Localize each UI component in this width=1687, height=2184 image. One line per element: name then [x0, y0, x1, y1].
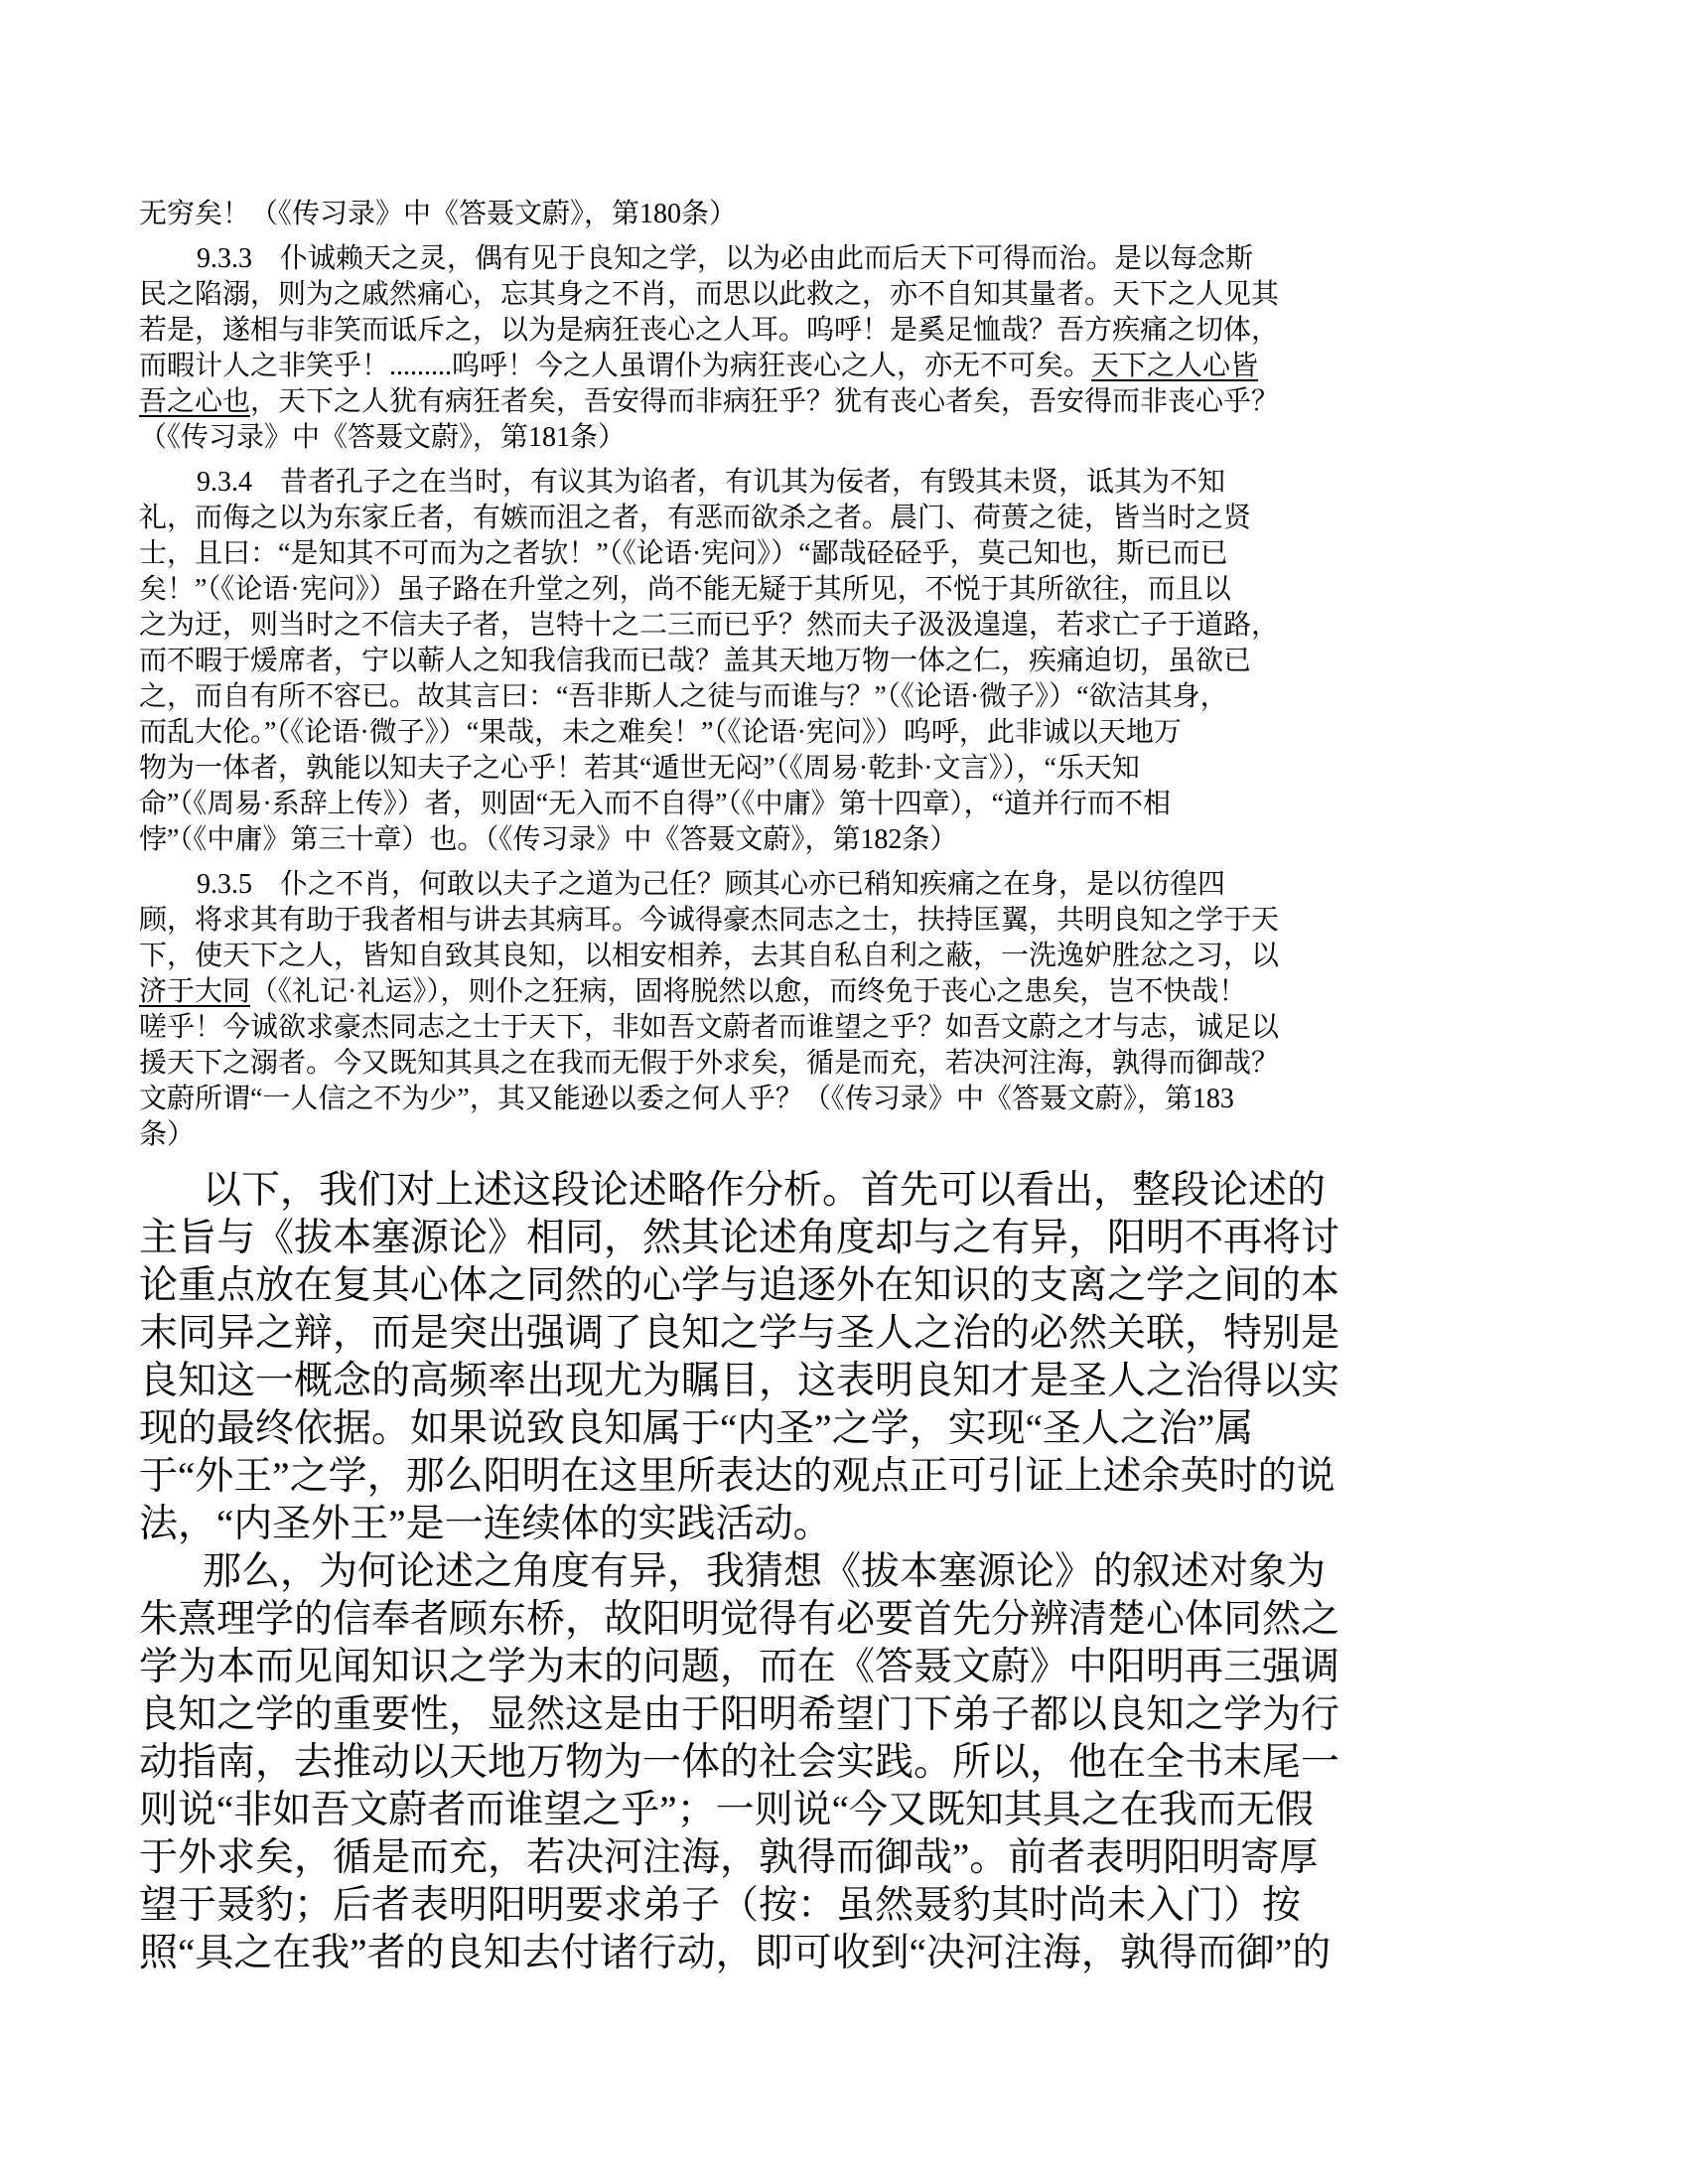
text-segment: 9.3.4 昔者孔子之在当时，有议其为谄者，有讥其为佞者，有毁其未贤，诋其为不知	[197, 467, 1225, 498]
text-line: 济于大同（《礼记·礼运》），则仆之狂病，固将脱然以愈，而终免于丧心之患矣，岂不快…	[139, 974, 1558, 1010]
quote-9-3-3: 9.3.3 仆诚赖天之灵，偶有见于良知之学，以为必由此而后天下可得而治。是以每念…	[139, 241, 1558, 456]
text-line: 之，而自有所不容已。故其言曰：“吾非斯人之徒与而谁与？”（《论语·微子》）“欲洁…	[139, 679, 1558, 715]
text-segment: 命”（《周易·系辞上传》）者，则固“无入而不自得”（《中庸》第十四章），“道并行…	[139, 789, 1171, 819]
text-segment: （《礼记·礼运》），则仆之狂病，固将脱然以愈，而终免于丧心之患矣，岂不快哉！	[250, 976, 1246, 1007]
text-line: 而暇计人之非笑乎！.........呜呼！今之人虽谓仆为病狂丧心之人，亦无不可矣…	[139, 349, 1558, 384]
text-segment: 无穷矣！（《传习录》中《答聂文蔚》，第180条）	[139, 199, 737, 229]
text-line: 顾，将求其有助于我者相与讲去其病耳。今诚得豪杰同志之士，扶持匡翼，共明良知之学于…	[139, 903, 1558, 939]
text-segment: 而不暇于煖席者，宁以蕲人之知我信我而已哉？盖其天地万物一体之仁，疾痛迫切，虽欲已	[139, 646, 1251, 676]
text-segment: 士，且曰：“是知其不可而为之者欤！”（《论语·宪问》）“鄙哉硁硁乎，莫己知也，斯…	[139, 538, 1228, 569]
text-segment: 而乱大伦。”（《论语·微子》）“果哉，未之难矣！”（《论语·宪问》）呜呼，此非诚…	[139, 717, 1182, 748]
text-line: 下，使天下之人，皆知自致其良知，以相安相养，去其自私自利之蔽，一洗逸妒胜忿之习，…	[139, 939, 1558, 974]
underlined-text: 济于大同	[139, 976, 250, 1007]
text-line: 动指南，去推动以天地万物为一体的社会实践。所以，他在全书末尾一	[139, 1739, 1558, 1787]
text-segment: 9.3.3 仆诚赖天之灵，偶有见于良知之学，以为必由此而后天下可得而治。是以每念…	[197, 243, 1253, 274]
text-line: 则说“非如吾文蔚者而谁望之乎”；一则说“今又既知其具之在我而无假	[139, 1787, 1558, 1834]
text-segment: 动指南，去推动以天地万物为一体的社会实践。所以，他在全书末尾一	[139, 1741, 1339, 1784]
text-segment: ，天下之人犹有病狂者矣，吾安得而非病狂乎？犹有丧心者矣，吾安得而非丧心乎？	[250, 386, 1279, 417]
quote-9-3-4: 9.3.4 昔者孔子之在当时，有议其为谄者，有讥其为佞者，有毁其未贤，诋其为不知…	[139, 465, 1558, 858]
text-line: 以下，我们对上述这段论述略作分析。首先可以看出，整段论述的	[139, 1167, 1558, 1215]
text-line: 命”（《周易·系辞上传》）者，则固“无入而不自得”（《中庸》第十四章），“道并行…	[139, 787, 1558, 822]
quote-180-tail: 无穷矣！（《传习录》中《答聂文蔚》，第180条）	[139, 197, 1558, 232]
text-line: 悖”（《中庸》第三十章）也。（《传习录》中《答聂文蔚》，第182条）	[139, 822, 1558, 858]
text-line: 朱熹理学的信奉者顾东桥，故阳明觉得有必要首先分辨清楚心体同然之	[139, 1596, 1558, 1644]
analysis-paragraph-1: 以下，我们对上述这段论述略作分析。首先可以看出，整段论述的主旨与《拔本塞源论》相…	[139, 1167, 1558, 1548]
text-segment: 物为一体者，孰能以知夫子之心乎！若其“遁世无闷”（《周易·乾卦·文言》），“乐天…	[139, 753, 1140, 784]
text-segment: 援天下之溺者。今又既知其具之在我而无假于外求矣，循是而充，若决河注海，孰得而御哉…	[139, 1048, 1279, 1079]
text-line: 物为一体者，孰能以知夫子之心乎！若其“遁世无闷”（《周易·乾卦·文言》），“乐天…	[139, 751, 1558, 787]
text-line: 礼，而侮之以为东家丘者，有嫉而沮之者，有恶而欲杀之者。晨门、荷蒉之徒，皆当时之贤	[139, 501, 1558, 536]
text-line: 民之陷溺，则为之戚然痛心，忘其身之不肖，而思以此救之，亦不自知其量者。天下之人见…	[139, 277, 1558, 313]
text-segment: 末同异之辩，而是突出强调了良知之学与圣人之治的必然关联，特别是	[139, 1312, 1339, 1355]
text-line: 9.3.4 昔者孔子之在当时，有议其为谄者，有讥其为佞者，有毁其未贤，诋其为不知	[139, 465, 1558, 501]
text-segment: 朱熹理学的信奉者顾东桥，故阳明觉得有必要首先分辨清楚心体同然之	[139, 1598, 1339, 1641]
text-line: （《传习录》中《答聂文蔚》，第181条）	[139, 420, 1558, 456]
text-segment: 论重点放在复其心体之同然的心学与追逐外在知识的支离之学之间的本	[139, 1264, 1339, 1307]
text-line: 良知之学的重要性，显然这是由于阳明希望门下弟子都以良知之学为行	[139, 1691, 1558, 1739]
text-line: 末同异之辩，而是突出强调了良知之学与圣人之治的必然关联，特别是	[139, 1310, 1558, 1358]
text-line: 嗟乎！今诚欲求豪杰同志之士于天下，非如吾文蔚者而谁望之乎？如吾文蔚之才与志，诚足…	[139, 1010, 1558, 1046]
text-segment: 则说“非如吾文蔚者而谁望之乎”；一则说“今又既知其具之在我而无假	[139, 1789, 1314, 1831]
text-segment: 嗟乎！今诚欲求豪杰同志之士于天下，非如吾文蔚者而谁望之乎？如吾文蔚之才与志，诚足…	[139, 1012, 1279, 1043]
text-segment: 条）	[139, 1119, 195, 1150]
text-line: 现的最终依据。如果说致良知属于“内圣”之学，实现“圣人之治”属	[139, 1405, 1558, 1453]
text-line: 矣！”（《论语·宪问》）虽子路在升堂之列，尚不能无疑于其所见，不悦于其所欲往，而…	[139, 572, 1558, 608]
text-line: 之为迂，则当时之不信夫子者，岂特十之二三而已乎？然而夫子汲汲遑遑，若求亡子于道路…	[139, 608, 1558, 644]
text-segment: 现的最终依据。如果说致良知属于“内圣”之学，实现“圣人之治”属	[139, 1407, 1253, 1450]
text-line: 吾之心也，天下之人犹有病狂者矣，吾安得而非病狂乎？犹有丧心者矣，吾安得而非丧心乎…	[139, 384, 1558, 420]
text-segment: 之为迂，则当时之不信夫子者，岂特十之二三而已乎？然而夫子汲汲遑遑，若求亡子于道路…	[139, 610, 1279, 641]
text-line: 条）	[139, 1117, 1558, 1153]
text-segment: 若是，遂相与非笑而诋斥之，以为是病狂丧心之人耳。呜呼！是奚足恤哉？吾方疾痛之切体…	[139, 315, 1279, 346]
text-segment: 以下，我们对上述这段论述略作分析。首先可以看出，整段论述的	[203, 1169, 1326, 1212]
text-segment: 矣！”（《论语·宪问》）虽子路在升堂之列，尚不能无疑于其所见，不悦于其所欲往，而…	[139, 574, 1231, 605]
text-line: 若是，遂相与非笑而诋斥之，以为是病狂丧心之人耳。呜呼！是奚足恤哉？吾方疾痛之切体…	[139, 313, 1558, 349]
text-segment: 望于聂豹；后者表明阳明要求弟子（按：虽然聂豹其时尚未入门）按	[139, 1884, 1301, 1927]
text-line: 9.3.3 仆诚赖天之灵，偶有见于良知之学，以为必由此而后天下可得而治。是以每念…	[139, 241, 1558, 277]
text-segment: 下，使天下之人，皆知自致其良知，以相安相养，去其自私自利之蔽，一洗逸妒胜忿之习，…	[139, 941, 1279, 971]
text-segment: 之，而自有所不容已。故其言曰：“吾非斯人之徒与而谁与？”（《论语·微子》）“欲洁…	[139, 681, 1228, 712]
text-segment: 而暇计人之非笑乎！.........呜呼！今之人虽谓仆为病狂丧心之人，亦无不可矣…	[139, 351, 1091, 381]
text-segment: 照“具之在我”者的良知去付诸行动，即可收到“决河注海，孰得而御”的	[139, 1932, 1331, 1974]
analysis-paragraph-2: 那么，为何论述之角度有异，我猜想《拔本塞源论》的叙述对象为朱熹理学的信奉者顾东桥…	[139, 1548, 1558, 1977]
quote-9-3-5: 9.3.5 仆之不肖，何敢以夫子之道为己任？顾其心亦已稍知疾痛之在身，是以彷徨四…	[139, 867, 1558, 1153]
text-segment: 那么，为何论述之角度有异，我猜想《拔本塞源论》的叙述对象为	[203, 1550, 1326, 1593]
text-segment: 9.3.5 仆之不肖，何敢以夫子之道为己任？顾其心亦已稍知疾痛之在身，是以彷徨四	[197, 869, 1225, 900]
text-line: 9.3.5 仆之不肖，何敢以夫子之道为己任？顾其心亦已稍知疾痛之在身，是以彷徨四	[139, 867, 1558, 903]
text-segment: 主旨与《拔本塞源论》相同，然其论述角度却与之有异，阳明不再将讨	[139, 1217, 1339, 1259]
underlined-text: 吾之心也	[139, 386, 250, 417]
text-line: 法，“内圣外王”是一连续体的实践活动。	[139, 1501, 1558, 1548]
text-line: 而不暇于煖席者，宁以蕲人之知我信我而已哉？盖其天地万物一体之仁，疾痛迫切，虽欲已	[139, 644, 1558, 679]
text-segment: 良知之学的重要性，显然这是由于阳明希望门下弟子都以良知之学为行	[139, 1693, 1339, 1736]
text-line: 于“外王”之学，那么阳明在这里所表达的观点正可引证上述余英时的说	[139, 1453, 1558, 1501]
text-line: 照“具之在我”者的良知去付诸行动，即可收到“决河注海，孰得而御”的	[139, 1930, 1558, 1977]
text-line: 士，且曰：“是知其不可而为之者欤！”（《论语·宪问》）“鄙哉硁硁乎，莫己知也，斯…	[139, 536, 1558, 572]
text-segment: 礼，而侮之以为东家丘者，有嫉而沮之者，有恶而欲杀之者。晨门、荷蒉之徒，皆当时之贤	[139, 503, 1251, 533]
text-segment: 于外求矣，循是而充，若决河注海，孰得而御哉”。前者表明阳明寄厚	[139, 1836, 1318, 1879]
text-line: 望于聂豹；后者表明阳明要求弟子（按：虽然聂豹其时尚未入门）按	[139, 1882, 1558, 1930]
text-line: 无穷矣！（《传习录》中《答聂文蔚》，第180条）	[139, 197, 1558, 232]
text-segment: 顾，将求其有助于我者相与讲去其病耳。今诚得豪杰同志之士，扶持匡翼，共明良知之学于…	[139, 905, 1279, 936]
text-line: 主旨与《拔本塞源论》相同，然其论述角度却与之有异，阳明不再将讨	[139, 1215, 1558, 1262]
text-segment: 悖”（《中庸》第三十章）也。（《传习录》中《答聂文蔚》，第182条）	[139, 824, 957, 855]
text-segment: 学为本而见闻知识之学为末的问题，而在《答聂文蔚》中阳明再三强调	[139, 1646, 1339, 1688]
text-line: 于外求矣，循是而充，若决河注海，孰得而御哉”。前者表明阳明寄厚	[139, 1834, 1558, 1882]
text-line: 论重点放在复其心体之同然的心学与追逐外在知识的支离之学之间的本	[139, 1262, 1558, 1310]
text-line: 援天下之溺者。今又既知其具之在我而无假于外求矣，循是而充，若决河注海，孰得而御哉…	[139, 1046, 1558, 1082]
text-line: 学为本而见闻知识之学为末的问题，而在《答聂文蔚》中阳明再三强调	[139, 1644, 1558, 1691]
text-segment: 良知这一概念的高频率出现尤为瞩目，这表明良知才是圣人之治得以实	[139, 1360, 1339, 1402]
text-line: 那么，为何论述之角度有异，我猜想《拔本塞源论》的叙述对象为	[139, 1548, 1558, 1596]
text-segment: 文蔚所谓“一人信之不为少”，其又能逊以委之何人乎？（《传习录》中《答聂文蔚》，第…	[139, 1084, 1234, 1114]
text-line: 良知这一概念的高频率出现尤为瞩目，这表明良知才是圣人之治得以实	[139, 1358, 1558, 1405]
text-segment: 于“外王”之学，那么阳明在这里所表达的观点正可引证上述余英时的说	[139, 1455, 1336, 1498]
text-segment: 法，“内圣外王”是一连续体的实践活动。	[139, 1503, 832, 1545]
underlined-text: 天下之人心皆	[1091, 351, 1258, 381]
text-segment: 民之陷溺，则为之戚然痛心，忘其身之不肖，而思以此救之，亦不自知其量者。天下之人见…	[139, 279, 1279, 310]
document-page: 无穷矣！（《传习录》中《答聂文蔚》，第180条）9.3.3 仆诚赖天之灵，偶有见…	[0, 0, 1687, 2184]
text-segment: （《传习录》中《答聂文蔚》，第181条）	[139, 422, 626, 453]
text-line: 而乱大伦。”（《论语·微子》）“果哉，未之难矣！”（《论语·宪问》）呜呼，此非诚…	[139, 715, 1558, 751]
document-body: 无穷矣！（《传习录》中《答聂文蔚》，第180条）9.3.3 仆诚赖天之灵，偶有见…	[139, 197, 1558, 1977]
text-line: 文蔚所谓“一人信之不为少”，其又能逊以委之何人乎？（《传习录》中《答聂文蔚》，第…	[139, 1082, 1558, 1117]
